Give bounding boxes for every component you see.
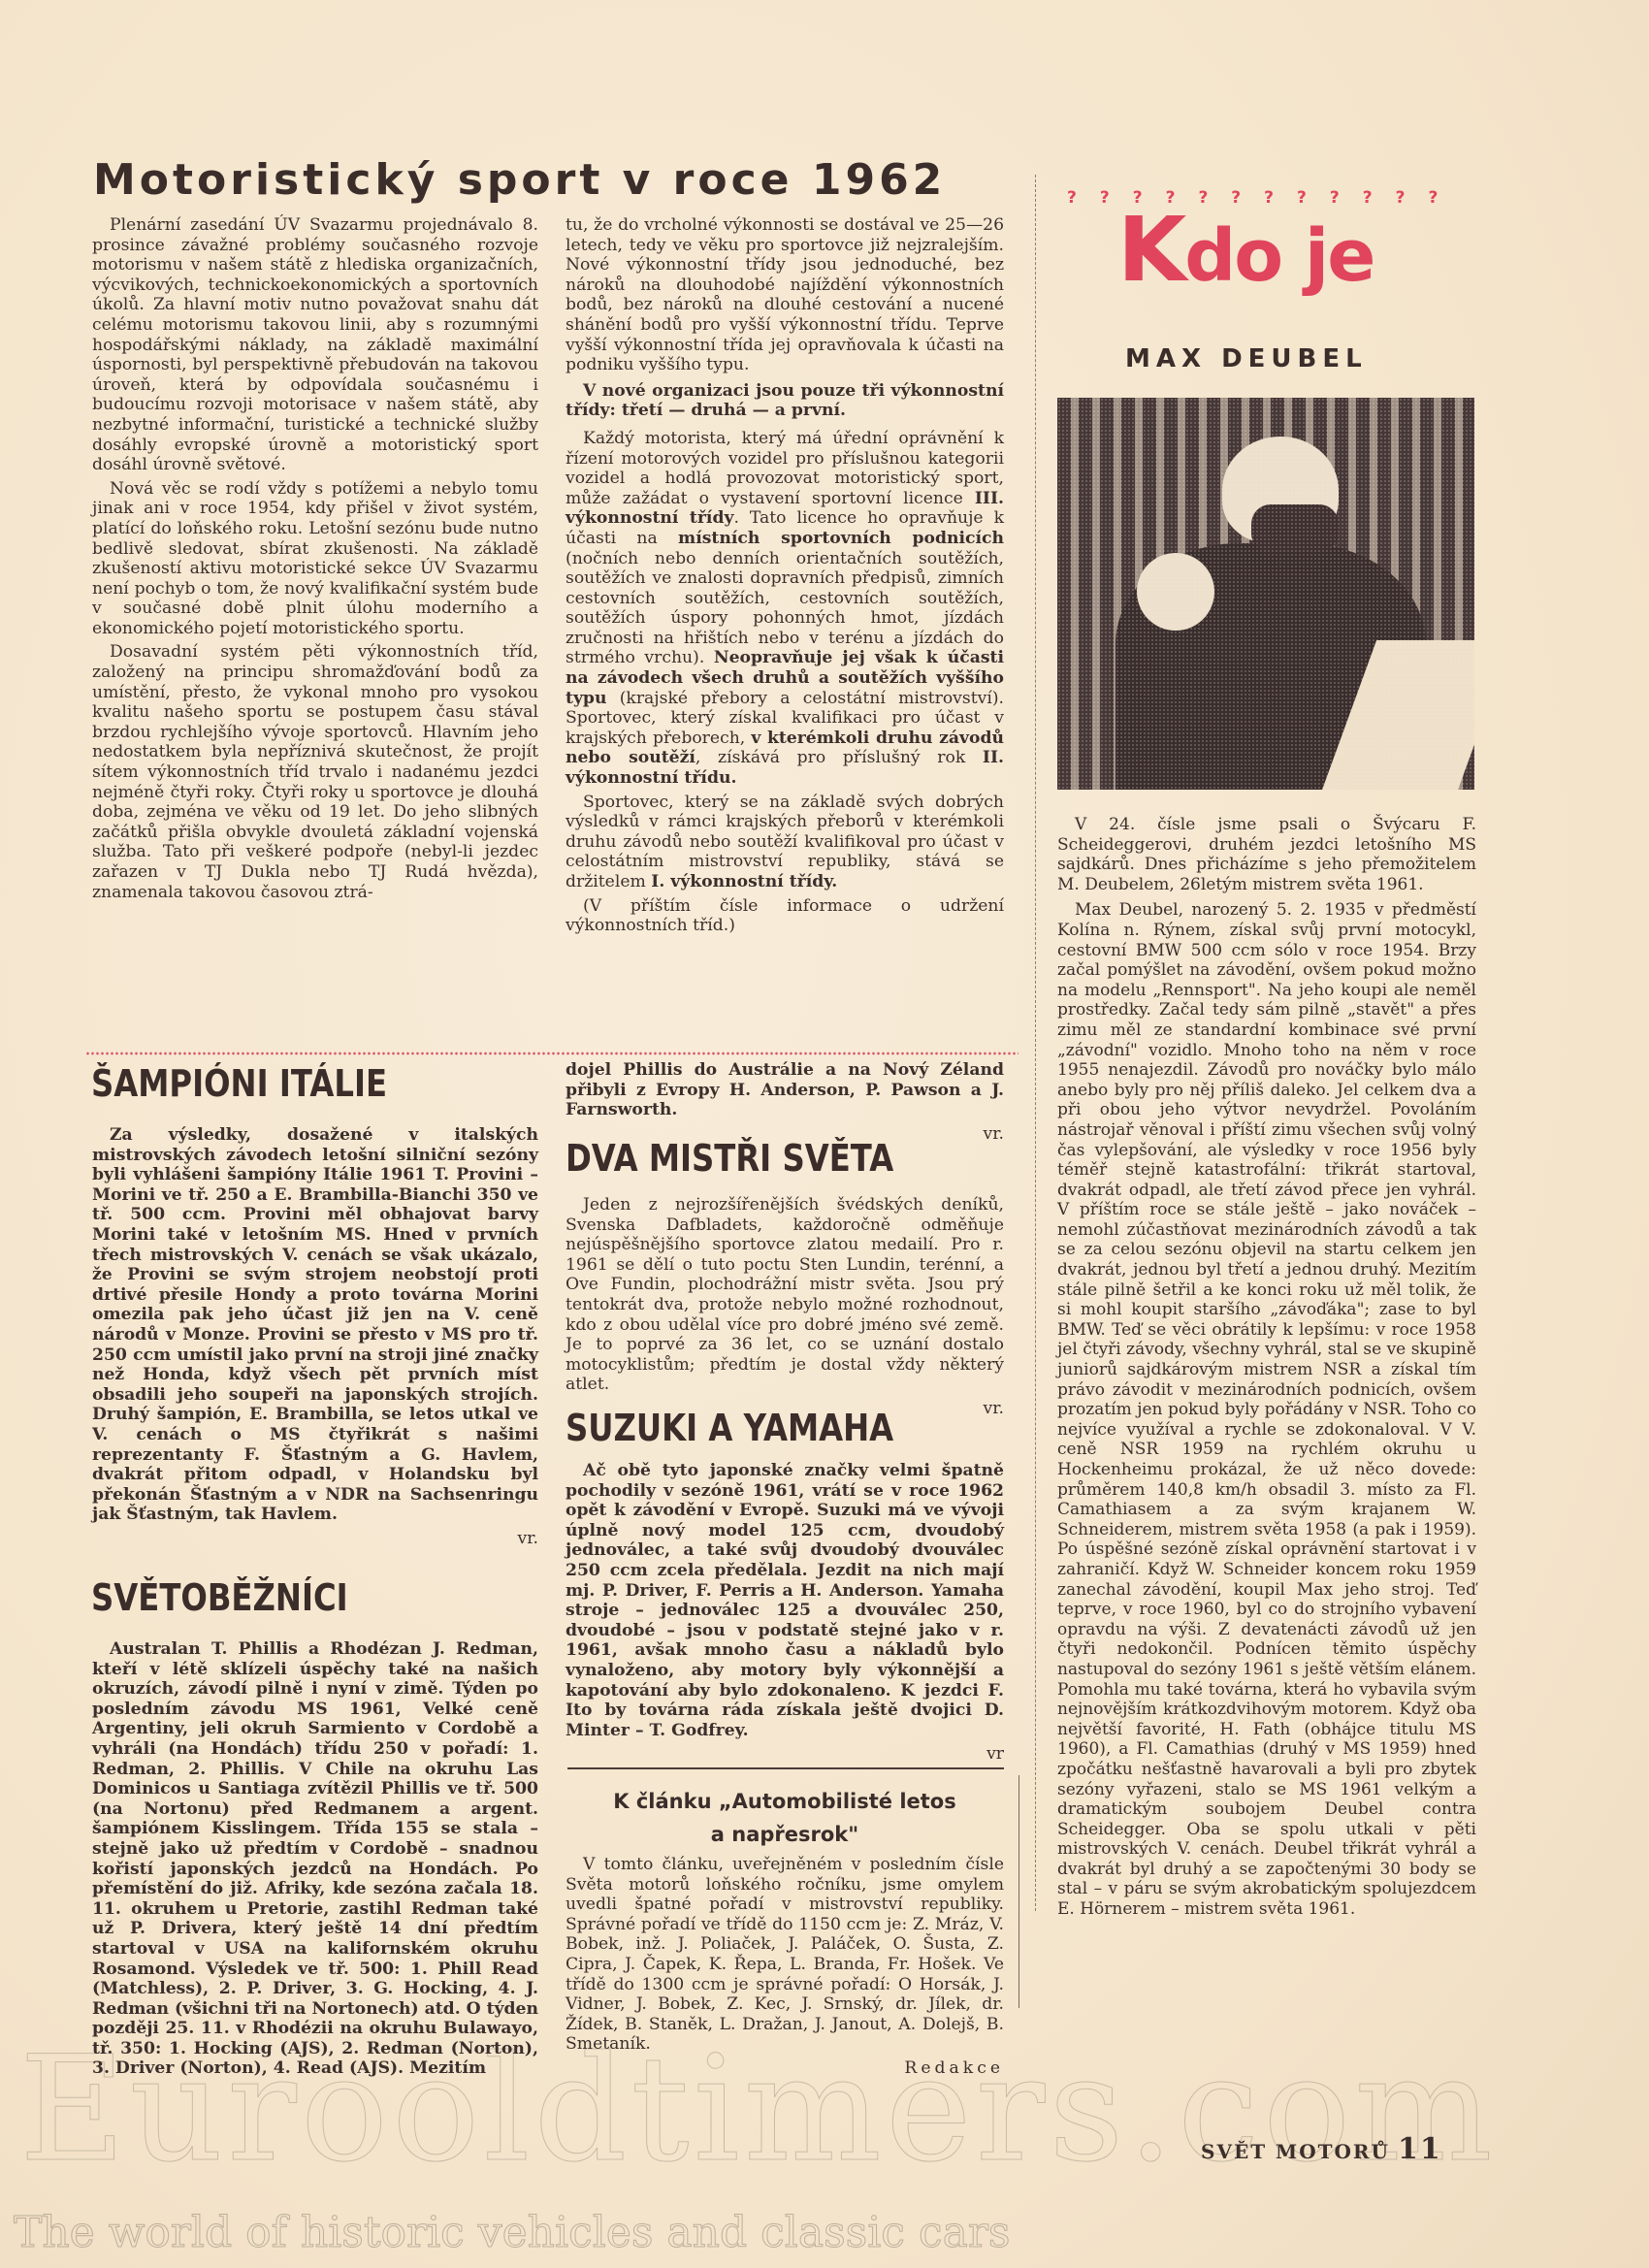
title-rest: do je	[1184, 214, 1374, 298]
kdo-je-title: Kdo je	[1117, 202, 1374, 305]
dva-mistri-text: Jeden z nejrozšířenějších švédských dení…	[566, 1195, 1004, 1419]
news-paragraph: Australan T. Phillis a Rhodézan J. Redma…	[92, 1639, 538, 2079]
kdo-je-logo: ????????????????????????????????????????…	[1067, 184, 1445, 340]
correction-heading-line: a napřesrok"	[566, 1818, 1004, 1851]
correction-heading: K článku „Automobilisté letos a napřesro…	[566, 1785, 1004, 1851]
svetobeznici-text: Australan T. Phillis a Rhodézan J. Redma…	[92, 1639, 538, 2083]
headlamp-shape	[1137, 553, 1214, 631]
page-footer: SVĚT MOTORŮ11	[1201, 2132, 1442, 2166]
helmet-shape	[1222, 437, 1339, 543]
article-highlight: V nové organizaci jsou pouze tři výkonno…	[566, 381, 1004, 421]
text-run: Každý motorista, který má úřední oprávně…	[566, 429, 1004, 508]
profile-name: MAX DEUBEL	[1125, 344, 1368, 373]
article-paragraph: Sportovec, který se na základě svých dob…	[566, 793, 1004, 892]
article-paragraph: tu, že do vrcholné výkonnosti se dostáva…	[566, 215, 1004, 375]
article-title: Motoristický sport v roce 1962	[93, 155, 1015, 205]
text-run-bold: místních sportovních podnicích	[678, 529, 1004, 548]
profile-paragraph: V 24. čísle jsme psali o Švýcaru F. Sche…	[1057, 815, 1476, 894]
news-paragraph: Jeden z nejrozšířenějších švédských dení…	[566, 1195, 1004, 1395]
article-paragraph: Každý motorista, který má úřední oprávně…	[566, 429, 1004, 789]
news-paragraph: dojel Phillis do Austrálie a na Nový Zél…	[566, 1060, 1004, 1120]
page-number: 11	[1398, 2132, 1442, 2166]
article-note: (V příštím čísle informace o udržení výk…	[566, 896, 1004, 936]
article-paragraph: Nová věc se rodí vždy s potížemi a nebyl…	[92, 479, 538, 639]
box-divider	[1018, 1775, 1019, 2008]
article-paragraph: Dosavadní systém pěti výkonnostních tříd…	[92, 642, 538, 902]
correction-text: V tomto článku, uveřejněném v posledním …	[566, 1855, 1004, 2079]
title-letter-k: K	[1117, 198, 1184, 302]
text-run: , získává pro příslušný rok	[695, 748, 983, 767]
goggles-shape	[1251, 504, 1339, 553]
article-paragraph: Plenární zasedání ÚV Svazarmu projednáva…	[92, 215, 538, 475]
magazine-page: Eurooldtimers.com The world of historic …	[0, 0, 1649, 2268]
svetobeznici-continued: dojel Phillis do Austrálie a na Nový Zél…	[566, 1060, 1004, 1144]
news-paragraph: V tomto článku, uveřejněném v posledním …	[566, 1855, 1004, 2055]
portrait-photo	[1057, 398, 1474, 790]
highlight-text: V nové organizaci jsou pouze tři výkonno…	[566, 381, 1004, 421]
section-heading-sampioni: ŠAMPIÓNI ITÁLIE	[91, 1062, 387, 1105]
author-sign: vr	[566, 1744, 1004, 1765]
correction-heading-line: K článku „Automobilisté letos	[566, 1785, 1004, 1818]
news-paragraph: Za výsledky, dosažené v italských mistro…	[92, 1125, 538, 1525]
suzuki-text: Ač obě tyto japonské značky velmi špatně…	[566, 1461, 1004, 1765]
rider-body-shape	[1115, 543, 1426, 790]
magazine-name: SVĚT MOTORŮ	[1201, 2140, 1390, 2163]
section-divider	[85, 1051, 1018, 1056]
section-heading-svetobeznici: SVĚTOBĚŽNÍCI	[91, 1576, 348, 1619]
text-run-bold: I. výkonnostní třídy.	[651, 872, 837, 891]
section-heading-dva-mistri: DVA MISTŘI SVĚTA	[566, 1137, 893, 1180]
editor-sign: Redakce	[904, 2058, 1004, 2079]
article-column-2: tu, že do vrcholné výkonnosti se dostáva…	[566, 215, 1004, 940]
highlight-shape	[1320, 640, 1474, 790]
sampioni-text: Za výsledky, dosažené v italských mistro…	[92, 1125, 538, 1548]
watermark-tagline: The world of historic vehicles and class…	[14, 2208, 1010, 2257]
news-paragraph: Ač obě tyto japonské značky velmi špatně…	[566, 1461, 1004, 1740]
column-divider	[1035, 175, 1036, 1911]
profile-text: V 24. čísle jsme psali o Švýcaru F. Sche…	[1057, 815, 1476, 1926]
author-sign: vr.	[92, 1529, 538, 1549]
profile-paragraph: Max Deubel, narozený 5. 2. 1935 v předmě…	[1057, 900, 1476, 1919]
section-heading-suzuki: SUZUKI A YAMAHA	[566, 1407, 893, 1449]
box-rule	[567, 1767, 1004, 1769]
article-column-1: Plenární zasedání ÚV Svazarmu projednáva…	[92, 215, 538, 906]
